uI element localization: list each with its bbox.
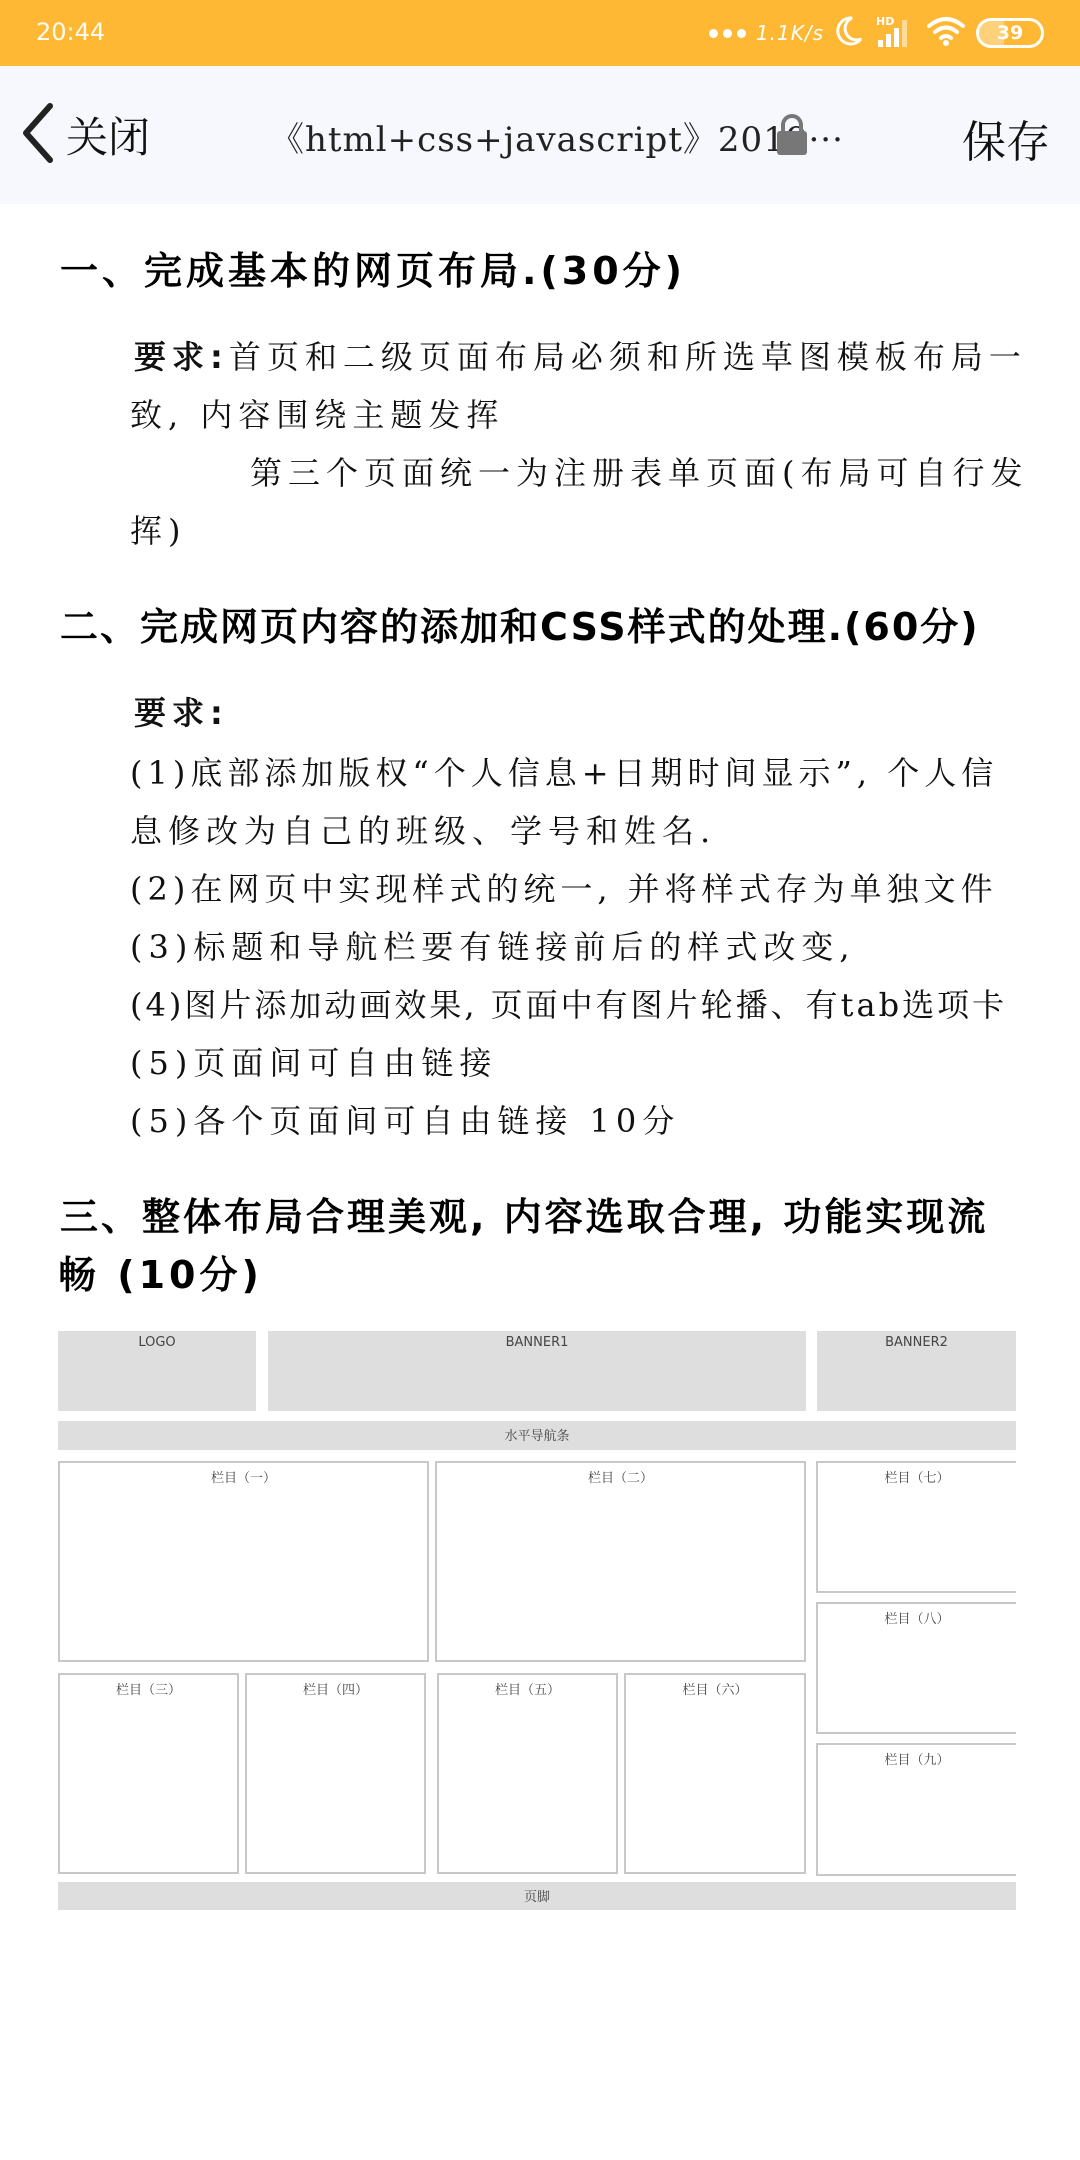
hd-signal-icon: HD (874, 14, 916, 52)
moon-icon (834, 15, 864, 51)
svg-text:HD: HD (876, 15, 894, 28)
wifi-icon (926, 15, 966, 51)
section1-line3: 第三个页面统一为注册表单页面(布局可自行发 (250, 448, 1029, 494)
wf-footer: 页脚 (58, 1882, 1016, 1910)
wf-col3: 栏目（三） (58, 1673, 239, 1874)
section2-req-label: 要求: (134, 688, 229, 734)
battery-icon: 39 (976, 18, 1044, 48)
save-button[interactable]: 保存 (962, 106, 1050, 170)
section3-heading-line1: 三、整体布局合理美观, 内容选取合理, 功能实现流 (60, 1186, 988, 1241)
section1-req-label: 要求: (134, 338, 229, 376)
status-bar: 20:44 1.1K/s HD 39 (0, 0, 1080, 66)
section2-item: (2)在网页中实现样式的统一, 并将样式存为单独文件 (130, 864, 998, 910)
section1-line1: 要求:首页和二级页面布局必须和所选草图模板布局一 (134, 332, 1027, 378)
close-label: 关闭 (66, 105, 150, 165)
section2-item: (5)各个页面间可自由链接 10分 (130, 1096, 680, 1142)
section1-heading: 一、完成基本的网页布局.(30分) (60, 240, 686, 295)
status-time: 20:44 (36, 18, 105, 46)
chevron-left-icon (20, 102, 54, 168)
battery-level: 39 (997, 22, 1023, 44)
net-speed: 1.1K/s (756, 21, 824, 45)
section2-item: 息修改为自己的班级、学号和姓名. (130, 806, 716, 852)
more-dots-icon (709, 29, 746, 38)
close-button[interactable]: 关闭 (20, 102, 150, 168)
section1-line4: 挥) (130, 506, 187, 552)
wf-col7: 栏目（七） (816, 1461, 1016, 1593)
wf-banner2: BANNER2 (817, 1331, 1016, 1411)
section1-line2: 致, 内容围绕主题发挥 (130, 390, 504, 436)
section2-item: (1)底部添加版权“个人信息+日期时间显示”, 个人信 (130, 748, 998, 794)
document-title: 《html+css+javascript》2019··· (270, 112, 844, 161)
section2-item: (3)标题和导航栏要有链接前后的样式改变, (130, 922, 856, 968)
wf-banner1: BANNER1 (268, 1331, 806, 1411)
wf-col4: 栏目（四） (245, 1673, 426, 1874)
status-icons: 1.1K/s HD 39 (709, 12, 1044, 54)
wf-col5: 栏目（五） (437, 1673, 618, 1874)
section2-item: (4)图片添加动画效果, 页面中有图片轮播、有tab选项卡 (130, 980, 1007, 1026)
wf-col9: 栏目（九） (816, 1743, 1016, 1876)
wf-col2: 栏目（二） (435, 1461, 806, 1662)
wf-logo: LOGO (58, 1331, 256, 1411)
wf-col8: 栏目（八） (816, 1602, 1016, 1734)
wf-nav: 水平导航条 (58, 1421, 1016, 1450)
wf-col6: 栏目（六） (624, 1673, 806, 1874)
app-header: 关闭 《html+css+javascript》2019··· 保存 (0, 66, 1080, 204)
lock-icon (775, 114, 809, 160)
section2-heading: 二、完成网页内容的添加和CSS样式的处理.(60分) (60, 596, 980, 651)
section2-item: (5)页面间可自由链接 (130, 1038, 497, 1084)
wf-col1: 栏目（一） (58, 1461, 429, 1662)
section3-heading-line2: 畅 (10分) (58, 1244, 263, 1299)
